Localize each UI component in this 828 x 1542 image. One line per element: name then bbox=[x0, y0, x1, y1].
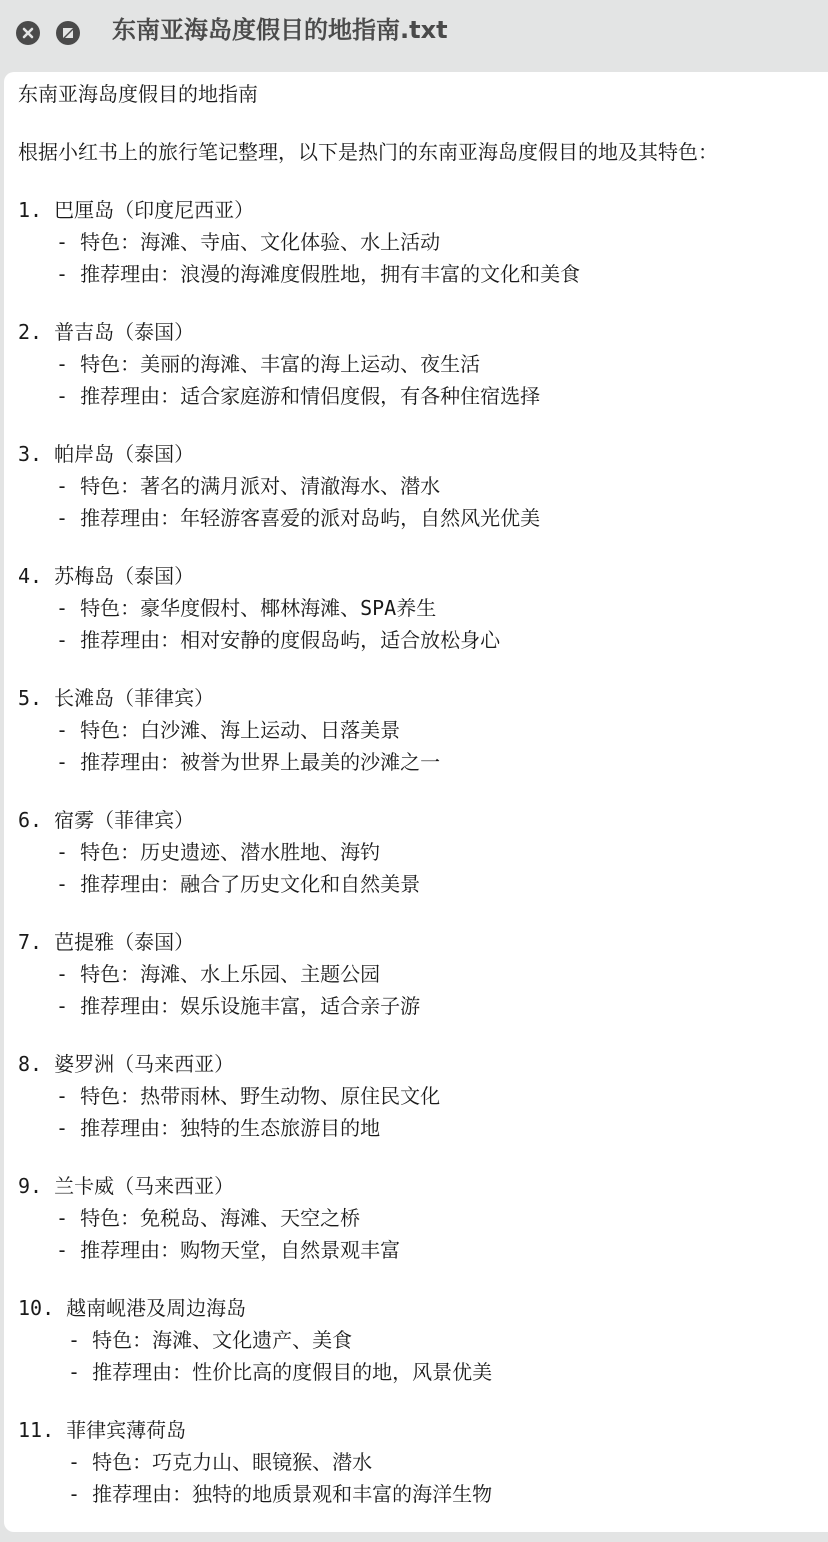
item-number: 11. bbox=[18, 1414, 54, 1446]
destination-reason: - 推荐理由：被誉为世界上最美的沙滩之一 bbox=[18, 746, 828, 778]
destination-features: - 特色：豪华度假村、椰林海滩、SPA养生 bbox=[18, 592, 828, 624]
destination-reason: - 推荐理由：相对安静的度假岛屿，适合放松身心 bbox=[18, 624, 828, 656]
destination-title-line: 7. 芭提雅（泰国） bbox=[18, 926, 828, 958]
item-number: 6. bbox=[18, 804, 42, 836]
item-number: 8. bbox=[18, 1048, 42, 1080]
destination-name: 兰卡威（马来西亚） bbox=[54, 1174, 234, 1198]
destination-name: 苏梅岛（泰国） bbox=[54, 564, 194, 588]
destination-reason: - 推荐理由：适合家庭游和情侣度假，有各种住宿选择 bbox=[18, 380, 828, 412]
destination-title-line: 1. 巴厘岛（印度尼西亚） bbox=[18, 194, 828, 226]
destination-title-line: 5. 长滩岛（菲律宾） bbox=[18, 682, 828, 714]
destination-item: 6. 宿雾（菲律宾） - 特色：历史遗迹、潜水胜地、海钓 - 推荐理由：融合了历… bbox=[18, 804, 828, 926]
destination-features: - 特色：著名的满月派对、清澈海水、潜水 bbox=[18, 470, 828, 502]
destination-item: 9. 兰卡威（马来西亚） - 特色：免税岛、海滩、天空之桥 - 推荐理由：购物天… bbox=[18, 1170, 828, 1292]
destination-item: 11. 菲律宾薄荷岛 - 特色：巧克力山、眼镜猴、潜水 - 推荐理由：独特的地质… bbox=[18, 1414, 828, 1532]
destination-title-line: 6. 宿雾（菲律宾） bbox=[18, 804, 828, 836]
destination-name: 菲律宾薄荷岛 bbox=[66, 1418, 186, 1442]
destination-title-line: 2. 普吉岛（泰国） bbox=[18, 316, 828, 348]
title-bar: 东南亚海岛度假目的地指南.txt bbox=[0, 0, 828, 66]
item-number: 3. bbox=[18, 438, 42, 470]
destination-name: 婆罗洲（马来西亚） bbox=[54, 1052, 234, 1076]
destination-item: 2. 普吉岛（泰国） - 特色：美丽的海滩、丰富的海上运动、夜生活 - 推荐理由… bbox=[18, 316, 828, 438]
item-number: 9. bbox=[18, 1170, 42, 1202]
destination-features: - 特色：历史遗迹、潜水胜地、海钓 bbox=[18, 836, 828, 868]
close-button[interactable] bbox=[16, 21, 40, 45]
destination-features: - 特色：巧克力山、眼镜猴、潜水 bbox=[18, 1446, 828, 1478]
destination-features: - 特色：免税岛、海滩、天空之桥 bbox=[18, 1202, 828, 1234]
destination-features: - 特色：白沙滩、海上运动、日落美景 bbox=[18, 714, 828, 746]
destination-item: 1. 巴厘岛（印度尼西亚） - 特色：海滩、寺庙、文化体验、水上活动 - 推荐理… bbox=[18, 194, 828, 316]
minimize-button[interactable] bbox=[56, 21, 80, 45]
destination-item: 5. 长滩岛（菲律宾） - 特色：白沙滩、海上运动、日落美景 - 推荐理由：被誉… bbox=[18, 682, 828, 804]
destination-item: 8. 婆罗洲（马来西亚） - 特色：热带雨林、野生动物、原住民文化 - 推荐理由… bbox=[18, 1048, 828, 1170]
destination-title-line: 10. 越南岘港及周边海岛 bbox=[18, 1292, 828, 1324]
destination-features: - 特色：海滩、水上乐园、主题公园 bbox=[18, 958, 828, 990]
destination-title-line: 11. 菲律宾薄荷岛 bbox=[18, 1414, 828, 1446]
destination-features: - 特色：海滩、寺庙、文化体验、水上活动 bbox=[18, 226, 828, 258]
destination-reason: - 推荐理由：浪漫的海滩度假胜地，拥有丰富的文化和美食 bbox=[18, 258, 828, 290]
destination-name: 长滩岛（菲律宾） bbox=[54, 686, 214, 710]
destination-name: 普吉岛（泰国） bbox=[54, 320, 194, 344]
destination-reason: - 推荐理由：购物天堂，自然景观丰富 bbox=[18, 1234, 828, 1266]
item-number: 2. bbox=[18, 316, 42, 348]
item-number: 1. bbox=[18, 194, 42, 226]
destination-features: - 特色：热带雨林、野生动物、原住民文化 bbox=[18, 1080, 828, 1112]
item-number: 5. bbox=[18, 682, 42, 714]
text-content-area[interactable]: 东南亚海岛度假目的地指南 根据小红书上的旅行笔记整理，以下是热门的东南亚海岛度假… bbox=[4, 72, 828, 1532]
window-title: 东南亚海岛度假目的地指南.txt bbox=[112, 12, 448, 48]
destination-name: 巴厘岛（印度尼西亚） bbox=[54, 198, 254, 222]
minimize-icon bbox=[60, 25, 76, 41]
destination-features: - 特色：海滩、文化遗产、美食 bbox=[18, 1324, 828, 1356]
item-number: 10. bbox=[18, 1292, 54, 1324]
destination-list: 1. 巴厘岛（印度尼西亚） - 特色：海滩、寺庙、文化体验、水上活动 - 推荐理… bbox=[18, 194, 828, 1532]
destination-title-line: 8. 婆罗洲（马来西亚） bbox=[18, 1048, 828, 1080]
destination-reason: - 推荐理由：融合了历史文化和自然美景 bbox=[18, 868, 828, 900]
destination-name: 芭提雅（泰国） bbox=[54, 930, 194, 954]
close-icon bbox=[21, 26, 35, 40]
destination-title-line: 3. 帕岸岛（泰国） bbox=[18, 438, 828, 470]
destination-reason: - 推荐理由：独特的地质景观和丰富的海洋生物 bbox=[18, 1478, 828, 1510]
destination-item: 7. 芭提雅（泰国） - 特色：海滩、水上乐园、主题公园 - 推荐理由：娱乐设施… bbox=[18, 926, 828, 1048]
destination-title-line: 9. 兰卡威（马来西亚） bbox=[18, 1170, 828, 1202]
destination-reason: - 推荐理由：年轻游客喜爱的派对岛屿，自然风光优美 bbox=[18, 502, 828, 534]
destination-name: 越南岘港及周边海岛 bbox=[66, 1296, 246, 1320]
item-number: 4. bbox=[18, 560, 42, 592]
destination-title-line: 4. 苏梅岛（泰国） bbox=[18, 560, 828, 592]
destination-item: 10. 越南岘港及周边海岛 - 特色：海滩、文化遗产、美食 - 推荐理由：性价比… bbox=[18, 1292, 828, 1414]
destination-features: - 特色：美丽的海滩、丰富的海上运动、夜生活 bbox=[18, 348, 828, 380]
destination-reason: - 推荐理由：独特的生态旅游目的地 bbox=[18, 1112, 828, 1144]
document-heading: 东南亚海岛度假目的地指南 bbox=[18, 78, 828, 110]
item-number: 7. bbox=[18, 926, 42, 958]
destination-item: 4. 苏梅岛（泰国） - 特色：豪华度假村、椰林海滩、SPA养生 - 推荐理由：… bbox=[18, 560, 828, 682]
destination-item: 3. 帕岸岛（泰国） - 特色：著名的满月派对、清澈海水、潜水 - 推荐理由：年… bbox=[18, 438, 828, 560]
destination-reason: - 推荐理由：性价比高的度假目的地，风景优美 bbox=[18, 1356, 828, 1388]
destination-name: 宿雾（菲律宾） bbox=[54, 808, 194, 832]
destination-name: 帕岸岛（泰国） bbox=[54, 442, 194, 466]
destination-reason: - 推荐理由：娱乐设施丰富，适合亲子游 bbox=[18, 990, 828, 1022]
document-intro: 根据小红书上的旅行笔记整理，以下是热门的东南亚海岛度假目的地及其特色： bbox=[18, 136, 828, 168]
